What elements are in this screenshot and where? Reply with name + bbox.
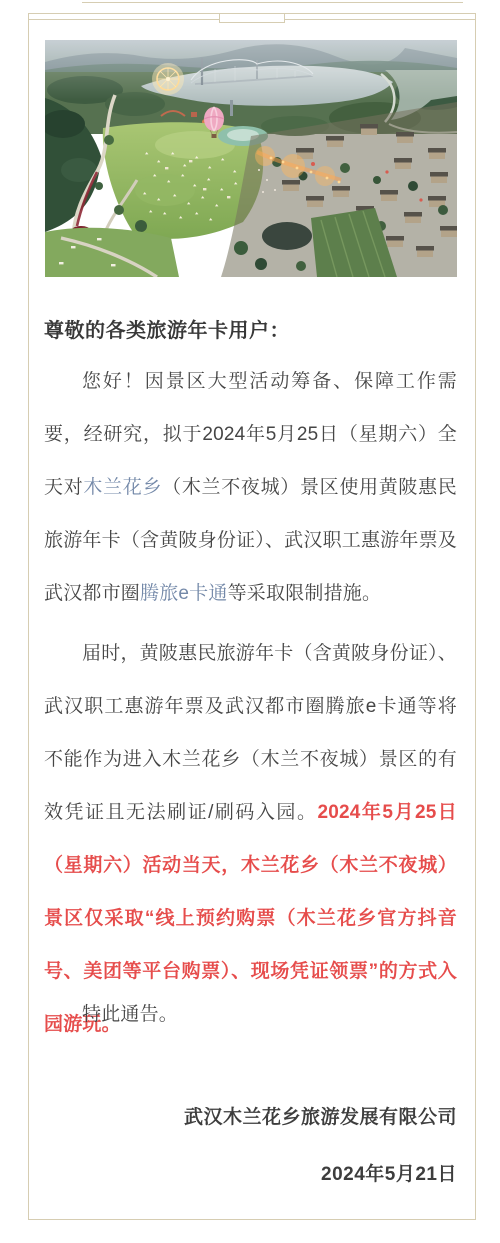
pond xyxy=(262,222,312,250)
p2-text: 届时，黄陂惠民旅游年卡（含黄陂身份证）、武汉职工惠游年票及武汉都市圈腾旅e卡通等… xyxy=(44,643,457,823)
p1-text: 等采取限制措施。 xyxy=(228,583,382,604)
notice-date: 2024年5月21日 xyxy=(44,1159,457,1186)
notice-page: 尊敬的各类旅游年卡用户： 您好！因景区大型活动筹备、保障工作需要，经研究，拟于2… xyxy=(0,0,500,1243)
notice-signature: 武汉木兰花乡旅游发展有限公司 xyxy=(44,1102,457,1129)
photo-illustration xyxy=(45,40,457,277)
scenic-aerial-photo[interactable] xyxy=(45,40,457,277)
link-mulan-huaxiang[interactable]: 木兰花乡 xyxy=(83,477,162,498)
top-divider-line xyxy=(82,2,463,3)
notice-paragraph-3: 特此通告。 xyxy=(44,988,457,1041)
link-tenglv-ekatong[interactable]: 腾旅e卡通 xyxy=(140,583,228,604)
notice-paragraph-1: 您好！因景区大型活动筹备、保障工作需要，经研究，拟于2024年5月25日（星期六… xyxy=(44,355,457,620)
notice-salutation: 尊敬的各类旅游年卡用户： xyxy=(44,314,456,343)
frame-center-tab xyxy=(219,13,285,23)
